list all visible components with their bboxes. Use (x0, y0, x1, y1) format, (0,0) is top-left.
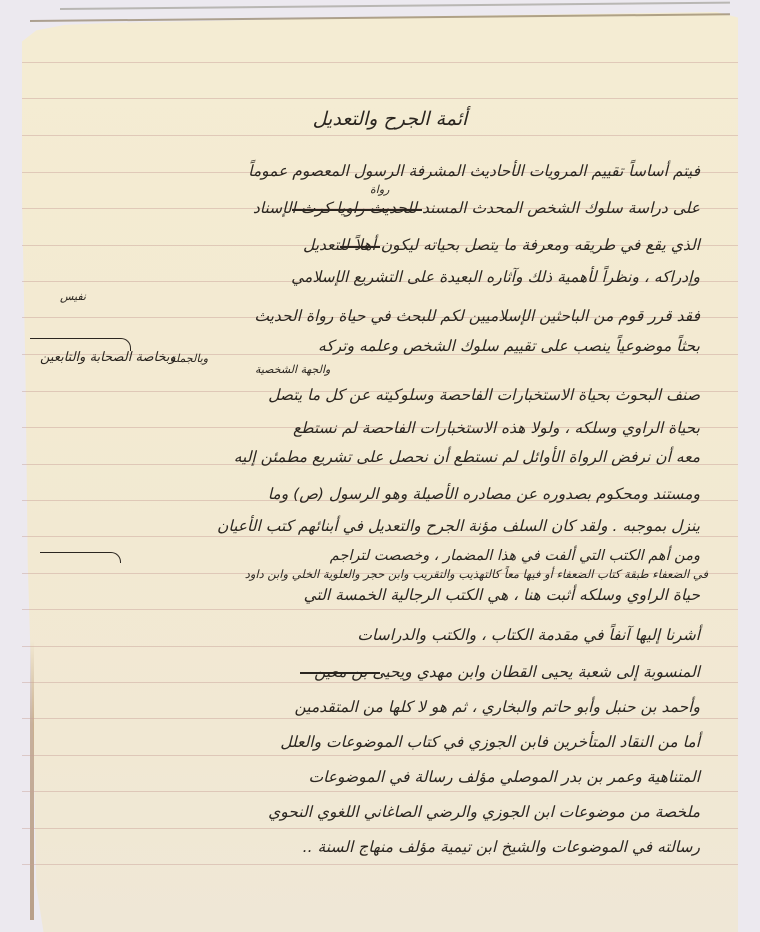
text-line-15: أشرنا إليها آنفاً في مقدمة الكتاب ، والك… (357, 626, 700, 644)
insertion-bracket (30, 338, 131, 351)
interlinear-note: رواة (370, 183, 389, 196)
margin-note: وبخاصة الصحابة والتابعين (40, 350, 176, 365)
page-title: أئمة الجرح والتعديل (245, 108, 535, 130)
left-edge-stain (30, 640, 34, 920)
text-line-7: صنف البحوث بحياة الاستخبارات الفاحصة وسل… (268, 386, 700, 404)
text-line-10: ومستند ومحكوم بصدوره عن مصادره الأصيلة و… (268, 485, 700, 503)
interlinear-note: والجهة الشخصية (255, 363, 330, 376)
strikethrough-mark (300, 672, 380, 674)
text-line-17: وأحمد بن حنبل وأبو حاتم والبخاري ، ثم هو… (294, 698, 700, 716)
strikethrough-mark (292, 209, 422, 211)
interlinear-note: نفيس (60, 290, 86, 303)
text-line-20: ملخصة من موضوعات ابن الجوزي والرضي الصاغ… (268, 803, 700, 821)
text-line-18: أما من النقاد المتأخرين فابن الجوزي في ك… (280, 733, 700, 751)
text-line-8: بحياة الراوي وسلكه ، ولولا هذه الاستخبار… (293, 419, 700, 437)
text-line-21: رسالته في الموضوعات والشيخ ابن تيمية مؤل… (303, 838, 700, 856)
text-line-19: المتناهية وعمر بن بدر الموصلي مؤلف رسالة… (308, 768, 700, 786)
strikethrough-mark (340, 246, 380, 248)
text-line-13: في الضعفاء طبقة كتاب الضعفاء أو فيها معا… (245, 567, 708, 581)
scanned-page: أئمة الجرح والتعديل فيتم أساساً تقييم ال… (0, 0, 760, 932)
text-line-1: فيتم أساساً تقييم المرويات الأحاديث المش… (248, 162, 700, 180)
text-line-3: الذي يقع في طريقه ومعرفة ما يتصل بحياته … (303, 236, 700, 254)
text-line-4: وإدراكه ، ونظراً لأهمية ذلك وآثاره البعي… (291, 268, 700, 286)
text-line-12: ومن أهم الكتب التي ألفت في هذا المضمار ،… (330, 548, 700, 564)
paper-sheet (22, 12, 738, 932)
text-line-6: بحثاً موضوعياً ينصب على تقييم سلوك الشخص… (318, 337, 700, 355)
text-line-11: ينزل بموجبه . ولقد كان السلف مؤنة الجرح … (217, 517, 700, 535)
text-line-2: على دراسة سلوك الشخص المحدث المسند للحدي… (253, 199, 700, 217)
text-line-14: حياة الراوي وسلكه أثبت هنا ، هي الكتب ال… (304, 586, 700, 604)
torn-top-edge-back (60, 2, 730, 10)
text-line-9: معه أن نرفض الرواة الأوائل لم نستطع أن ن… (234, 448, 700, 466)
text-line-5: فقد قرر قوم من الباحثين الإسلاميين لكم ل… (254, 307, 700, 325)
insertion-bracket (40, 552, 121, 563)
